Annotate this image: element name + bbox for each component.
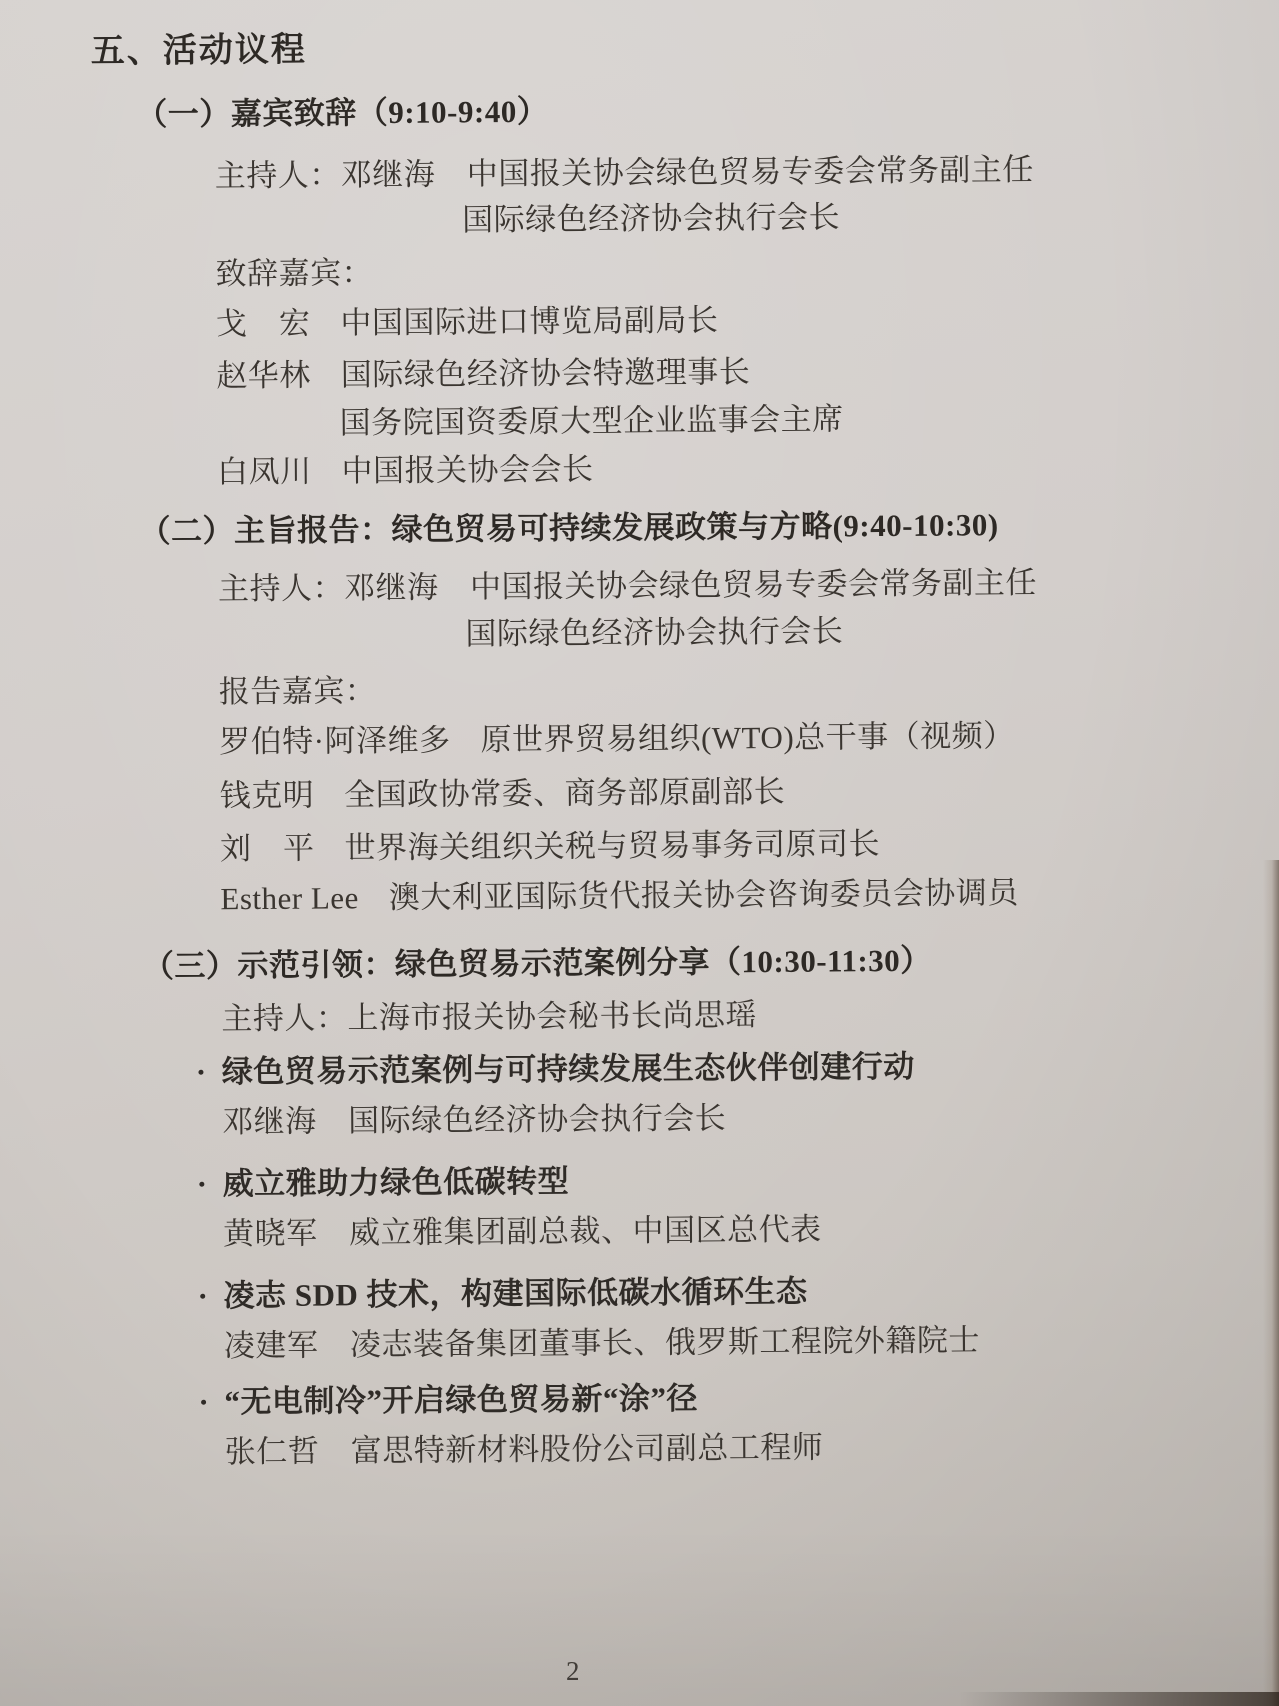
bullet-speaker: 邓继海 国际绿色经济协会执行会长 bbox=[222, 1095, 1279, 1140]
guest-name: 白凤川 bbox=[217, 453, 312, 491]
guest-row: 赵华林 国际绿色经济协会特邀理事长 bbox=[216, 349, 1277, 394]
page-title: 五、活动议程 bbox=[91, 20, 1275, 75]
guest-row: 钱克明 全国政协常委、商务部原副部长 bbox=[219, 769, 1279, 814]
guest-name: Esther Lee bbox=[220, 879, 359, 917]
guest-title: 世界海关组织关税与贸易事务司原司长 bbox=[344, 825, 880, 866]
guest-title: 中国报关协会会长 bbox=[341, 450, 593, 489]
section-1-heading: （一）嘉宾致辞（9:10-9:40） bbox=[136, 85, 1275, 136]
document-content: 五、活动议程 （一）嘉宾致辞（9:10-9:40） 主持人：邓继海 中国报关协会… bbox=[0, 0, 1279, 1472]
guest-title: 澳大利亚国际货代报关协会咨询委员会协调员 bbox=[389, 874, 1019, 916]
guest-name: 钱克明 bbox=[219, 777, 314, 815]
document-page-photo: 五、活动议程 （一）嘉宾致辞（9:10-9:40） 主持人：邓继海 中国报关协会… bbox=[0, 0, 1279, 1706]
bullet-icon: · bbox=[197, 1165, 223, 1202]
bullet-topic: 威立雅助力绿色低碳转型 bbox=[223, 1163, 570, 1203]
bullet-speaker: 黄晓军 威立雅集团副总裁、中国区总代表 bbox=[223, 1207, 1279, 1252]
guest-title-continued: 国务院国资委原大型企业监事会主席 bbox=[340, 397, 1278, 441]
guest-row: 刘 平 世界海关组织关税与贸易事务司原司长 bbox=[220, 822, 1279, 867]
section-1-host-line1: 主持人：邓继海 中国报关协会绿色贸易专委会常务副主任 bbox=[215, 149, 1276, 194]
bullet-speaker: 张仁哲 富思特新材料股份公司副总工程师 bbox=[225, 1425, 1279, 1470]
bullet-icon: · bbox=[196, 1053, 222, 1090]
guest-row: 戈 宏 中国国际进口博览局副局长 bbox=[216, 297, 1277, 342]
bullet-topic: 绿色贸易示范案例与可持续发展生态伙伴创建行动 bbox=[222, 1048, 915, 1090]
bullet-icon: · bbox=[197, 1277, 223, 1314]
section-3-heading: （三）示范引领：绿色贸易示范案例分享（10:30-11:30） bbox=[143, 937, 1279, 988]
section-1-guests-label: 致辞嘉宾： bbox=[215, 247, 1276, 292]
section-2-host-line2: 国际绿色经济协会执行会长 bbox=[465, 609, 1279, 652]
section-2-host-line1: 主持人：邓继海 中国报关协会绿色贸易专委会常务副主任 bbox=[218, 562, 1279, 607]
guest-title: 国际绿色经济协会特邀理事长 bbox=[341, 353, 751, 393]
bullet-speaker: 凌建军 凌志装备集团董事长、俄罗斯工程院外籍院士 bbox=[224, 1319, 1279, 1364]
guest-row: 罗伯特·阿泽维多 原世界贸易组织(WTO)总干事（视频） bbox=[219, 715, 1279, 760]
guest-row: 白凤川 中国报关协会会长 bbox=[217, 445, 1278, 490]
guest-name: 戈 宏 bbox=[216, 305, 311, 343]
agenda-bullet: · 绿色贸易示范案例与可持续发展生态伙伴创建行动 bbox=[196, 1045, 1279, 1091]
guest-title: 原世界贸易组织(WTO)总干事（视频） bbox=[480, 717, 1014, 758]
section-3-host-line1: 主持人：上海市报关协会秘书长尚思瑶 bbox=[221, 992, 1279, 1037]
section-2-heading: （二）主旨报告：绿色贸易可持续发展政策与方略(9:40-10:30) bbox=[139, 502, 1278, 553]
page-number: 2 bbox=[566, 1656, 580, 1687]
agenda-bullet: · “无电制冷”开启绿色贸易新“涂”径 bbox=[198, 1375, 1279, 1421]
guest-row: Esther Lee 澳大利亚国际货代报关协会咨询委员会协调员 bbox=[220, 872, 1279, 917]
guest-name: 罗伯特·阿泽维多 bbox=[219, 721, 451, 760]
bullet-icon: · bbox=[198, 1383, 224, 1420]
page-bottom-edge bbox=[959, 1692, 1279, 1706]
agenda-bullet: · 威立雅助力绿色低碳转型 bbox=[197, 1157, 1279, 1203]
guest-title: 中国国际进口博览局副局长 bbox=[340, 301, 718, 341]
bullet-topic: 凌志 SDD 技术，构建国际低碳水循环生态 bbox=[223, 1273, 807, 1315]
agenda-bullet: · 凌志 SDD 技术，构建国际低碳水循环生态 bbox=[197, 1269, 1279, 1315]
photo-bottom-shade bbox=[0, 1526, 1279, 1706]
page-right-edge bbox=[1263, 860, 1279, 1706]
bullet-topic: “无电制冷”开启绿色贸易新“涂”径 bbox=[224, 1380, 698, 1421]
section-2-guests-label: 报告嘉宾： bbox=[219, 665, 1279, 710]
guest-name: 赵华林 bbox=[216, 357, 311, 395]
section-1-host-line2: 国际绿色经济协会执行会长 bbox=[462, 195, 1276, 238]
guest-name: 刘 平 bbox=[220, 830, 315, 868]
guest-title: 全国政协常委、商务部原副部长 bbox=[344, 773, 785, 813]
